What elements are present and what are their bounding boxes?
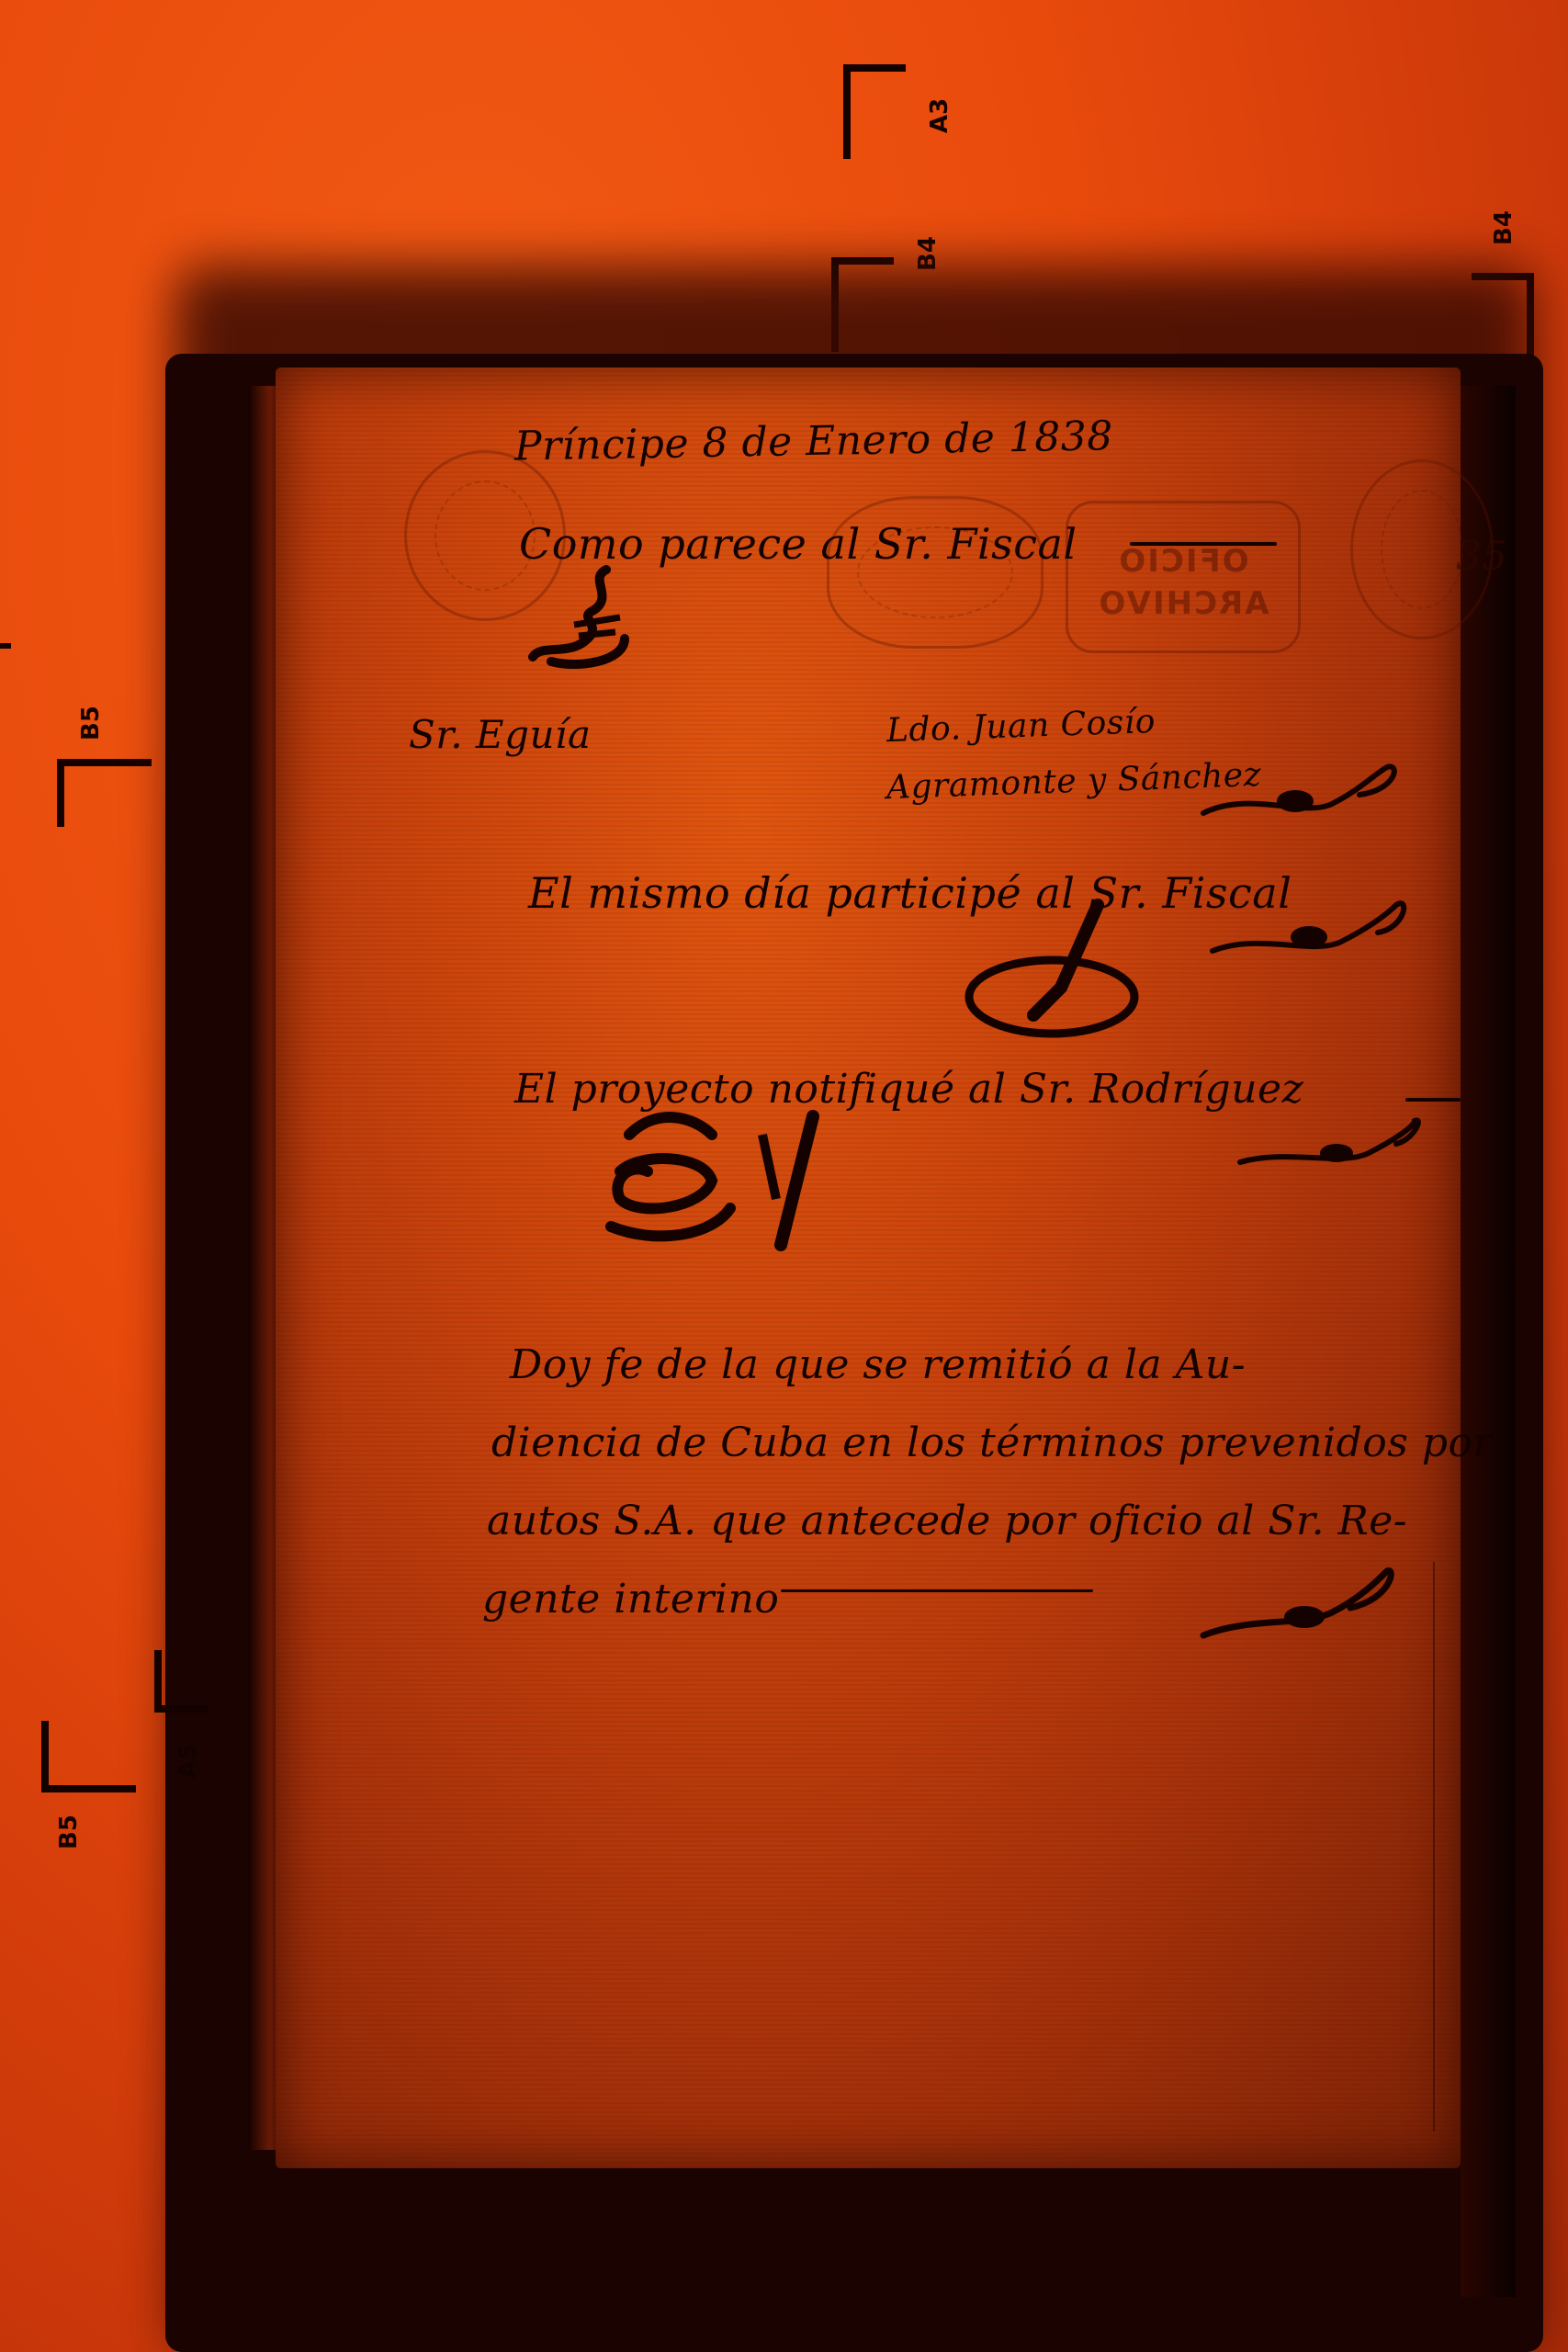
marker-label: A3 (926, 98, 953, 133)
marker-label: A5 (175, 1744, 202, 1779)
entry-body-line-2: diencia de Cuba en los términos prevenid… (491, 1419, 1493, 1466)
signature-flourish-icon (1231, 1112, 1433, 1176)
signature-flourish-icon (1203, 896, 1415, 969)
signature-flourish-icon (1194, 1562, 1405, 1645)
edge-tick (0, 643, 11, 649)
stamp-line-1: OFICIO (1068, 540, 1298, 582)
corner-bracket-icon (843, 64, 906, 159)
document-right-edge (1461, 386, 1516, 2297)
entry-body-line-1: Doy fe de la que se remitió a la Au- (510, 1341, 1246, 1388)
corner-bracket-icon (154, 1650, 208, 1713)
paraph-rubric-icon (514, 560, 643, 680)
line-filler-stroke (781, 1589, 1093, 1592)
entry-body-line-3: autos S.A. que antecede por oficio al Sr… (487, 1498, 1407, 1544)
folio-number: 35 (1456, 533, 1507, 580)
stamp-line-2: ARCHIVO (1068, 582, 1298, 625)
corner-bracket-icon (41, 1721, 136, 1792)
paraph-large-icon (602, 1098, 840, 1254)
stamp-bleedthrough: OFICIO ARCHIVO (1066, 501, 1301, 653)
paraph-loop-icon (960, 896, 1153, 1043)
marker-label: B5 (77, 706, 105, 741)
marker-label: B5 (55, 1815, 83, 1849)
decree-flourish (1130, 542, 1277, 546)
marker-label: B4 (1490, 210, 1517, 245)
entry-body-line-4: gente interino (482, 1576, 779, 1623)
entry-signer-left: Sr. Eguía (409, 712, 592, 757)
corner-bracket-icon (57, 759, 152, 827)
margin-dash (1405, 1098, 1461, 1102)
fold-line (1433, 1562, 1435, 2131)
entry-notice: El mismo día participé al Sr. Fiscal (528, 868, 1292, 918)
signature-flourish-icon (1194, 753, 1405, 827)
